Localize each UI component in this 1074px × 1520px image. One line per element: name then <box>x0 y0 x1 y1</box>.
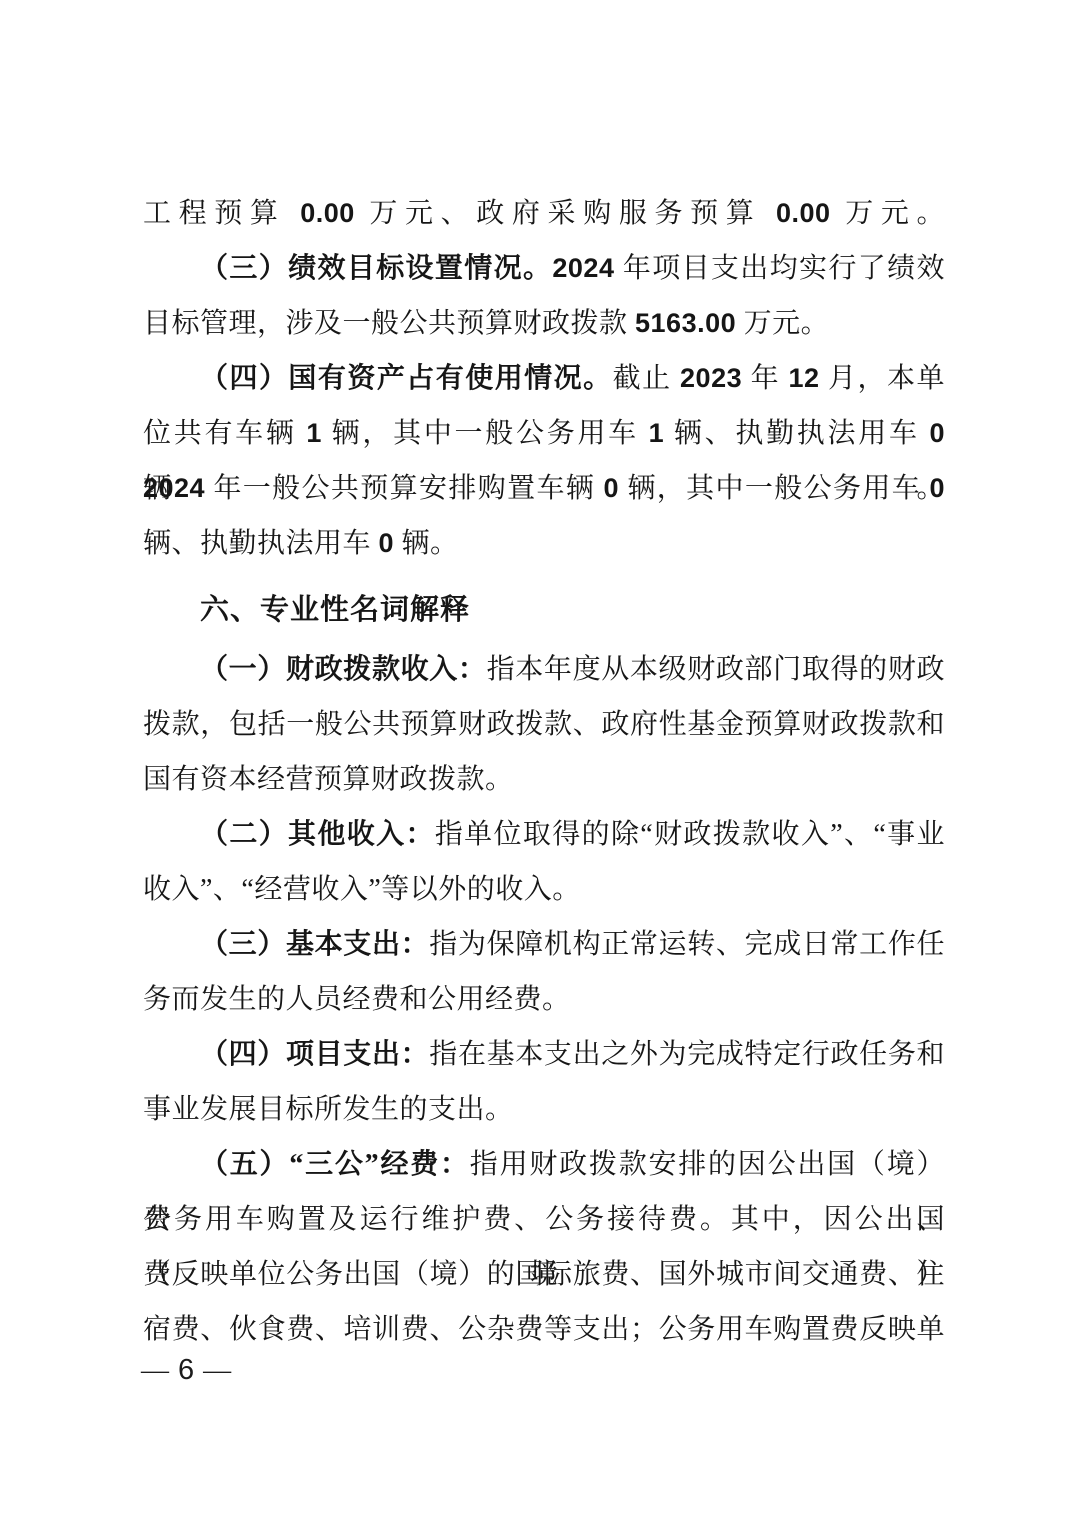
text-line: 公务用车购置及运行维护费、公务接待费。其中，因公出国（境） <box>143 1192 945 1247</box>
text-segment: 万元。 <box>831 198 945 229</box>
numeric-value: 2024 <box>143 473 205 503</box>
text-line: 拨款，包括一般公共预算财政拨款、政府性基金预算财政拨款和 <box>143 697 945 752</box>
text-line: （四）项目支出：指在基本支出之外为完成特定行政任务和 <box>143 1027 945 1082</box>
paragraph-label: （四）项目支出： <box>200 1039 429 1070</box>
document-page: 工程预算 0.00 万元、政府采购服务预算 0.00 万元。（三）绩效目标设置情… <box>0 0 1074 1520</box>
text-segment: 宿费、伙食费、培训费、公杂费等支出；公务用车购置费反映单 <box>143 1314 945 1345</box>
text-segment: 费反映单位公务出国（境）的国际旅费、国外城市间交通费、住 <box>143 1259 945 1290</box>
text-line: 费反映单位公务出国（境）的国际旅费、国外城市间交通费、住 <box>143 1247 945 1302</box>
text-line: （三）绩效目标设置情况。2024 年项目支出均实行了绩效 <box>143 241 945 296</box>
text-segment: 务而发生的人员经费和公用经费。 <box>143 984 571 1015</box>
text-line: 目标管理，涉及一般公共预算财政拨款 5163.00 万元。 <box>143 296 945 351</box>
paragraph-label: （三）基本支出： <box>200 929 429 960</box>
text-line: 国有资本经营预算财政拨款。 <box>143 752 945 807</box>
numeric-value: 0 <box>379 528 395 558</box>
text-line: 2024 年一般公共预算安排购置车辆 0 辆，其中一般公务用车 0 <box>143 461 945 516</box>
text-line: 工程预算 0.00 万元、政府采购服务预算 0.00 万元。 <box>143 186 945 241</box>
numeric-value: 0.00 <box>776 198 831 228</box>
numeric-value: 2024 <box>552 253 614 283</box>
text-line: 收入”、“经营收入”等以外的收入。 <box>143 862 945 917</box>
heading-text: 六、专业性名词解释 <box>200 594 470 626</box>
page-footer: — 6 — <box>141 1348 232 1393</box>
text-segment: 辆、执勤执法用车 <box>143 528 379 559</box>
text-segment: 工程预算 <box>143 198 300 229</box>
text-segment: 收入”、“经营收入”等以外的收入。 <box>143 874 581 905</box>
text-segment: 事业发展目标所发生的支出。 <box>143 1094 514 1125</box>
text-segment: 年 <box>742 363 788 394</box>
paragraph-label: （四）国有资产占有使用情况。 <box>200 363 613 394</box>
text-line: （三）基本支出：指为保障机构正常运转、完成日常工作任 <box>143 917 945 972</box>
text-segment: 目标管理，涉及一般公共预算财政拨款 <box>143 308 635 339</box>
numeric-value: 0 <box>929 418 945 448</box>
numeric-value: 12 <box>789 363 820 393</box>
text-line: 务而发生的人员经费和公用经费。 <box>143 972 945 1027</box>
text-segment: 年项目支出均实行了绩效 <box>614 253 945 284</box>
numeric-value: 1 <box>306 418 322 448</box>
numeric-value: 2023 <box>680 363 742 393</box>
paragraph-label: （五）“三公”经费： <box>200 1149 470 1180</box>
text-segment: 辆，其中一般公务用车 <box>322 418 649 449</box>
text-segment: 指本年度从本级财政部门取得的财政 <box>487 654 945 685</box>
text-line: （二）其他收入：指单位取得的除“财政拨款收入”、“事业 <box>143 807 945 862</box>
paragraph-label: （三）绩效目标设置情况。 <box>200 253 552 284</box>
text-segment: 辆、执勤执法用车 <box>664 418 929 449</box>
text-line: 辆、执勤执法用车 0 辆。 <box>143 516 945 571</box>
text-line: 宿费、伙食费、培训费、公杂费等支出；公务用车购置费反映单 <box>143 1302 945 1357</box>
text-segment: 拨款，包括一般公共预算财政拨款、政府性基金预算财政拨款和 <box>143 709 945 740</box>
document-body: 工程预算 0.00 万元、政府采购服务预算 0.00 万元。（三）绩效目标设置情… <box>143 186 945 1357</box>
text-segment: 月，本单 <box>820 363 945 394</box>
numeric-value: 0 <box>929 473 945 503</box>
text-line: 位共有车辆 1 辆，其中一般公务用车 1 辆、执勤执法用车 0 辆。 <box>143 406 945 461</box>
text-line: （五）“三公”经费：指用财政拨款安排的因公出国（境）费、 <box>143 1137 945 1192</box>
text-line: 事业发展目标所发生的支出。 <box>143 1082 945 1137</box>
text-segment: 年一般公共预算安排购置车辆 <box>205 473 603 504</box>
numeric-value: 1 <box>649 418 665 448</box>
text-segment: 辆。 <box>394 528 459 559</box>
text-segment: 国有资本经营预算财政拨款。 <box>143 764 514 795</box>
text-segment: 指在基本支出之外为完成特定行政任务和 <box>429 1039 945 1070</box>
numeric-value: 0.00 <box>300 198 355 228</box>
numeric-value: 5163.00 <box>635 308 736 338</box>
text-segment: 指单位取得的除“财政拨款收入”、“事业 <box>435 819 945 850</box>
text-segment: 指为保障机构正常运转、完成日常工作任 <box>429 929 945 960</box>
text-segment: 位共有车辆 <box>143 418 306 449</box>
text-segment: 截止 <box>613 363 680 394</box>
paragraph-label: （一）财政拨款收入： <box>200 654 487 685</box>
text-segment: 万元。 <box>736 308 829 339</box>
text-line: （四）国有资产占有使用情况。截止 2023 年 12 月，本单 <box>143 351 945 406</box>
numeric-value: 0 <box>604 473 620 503</box>
page-number: 6 <box>178 1354 195 1386</box>
text-segment: 万元、政府采购服务预算 <box>355 198 776 229</box>
paragraph-label: （二）其他收入： <box>200 819 435 850</box>
footer-dash-left: — <box>141 1355 178 1386</box>
footer-dash-right: — <box>195 1355 232 1386</box>
section-heading: 六、专业性名词解释 <box>143 583 945 638</box>
text-line: （一）财政拨款收入：指本年度从本级财政部门取得的财政 <box>143 642 945 697</box>
text-segment: 辆，其中一般公务用车 <box>619 473 929 504</box>
